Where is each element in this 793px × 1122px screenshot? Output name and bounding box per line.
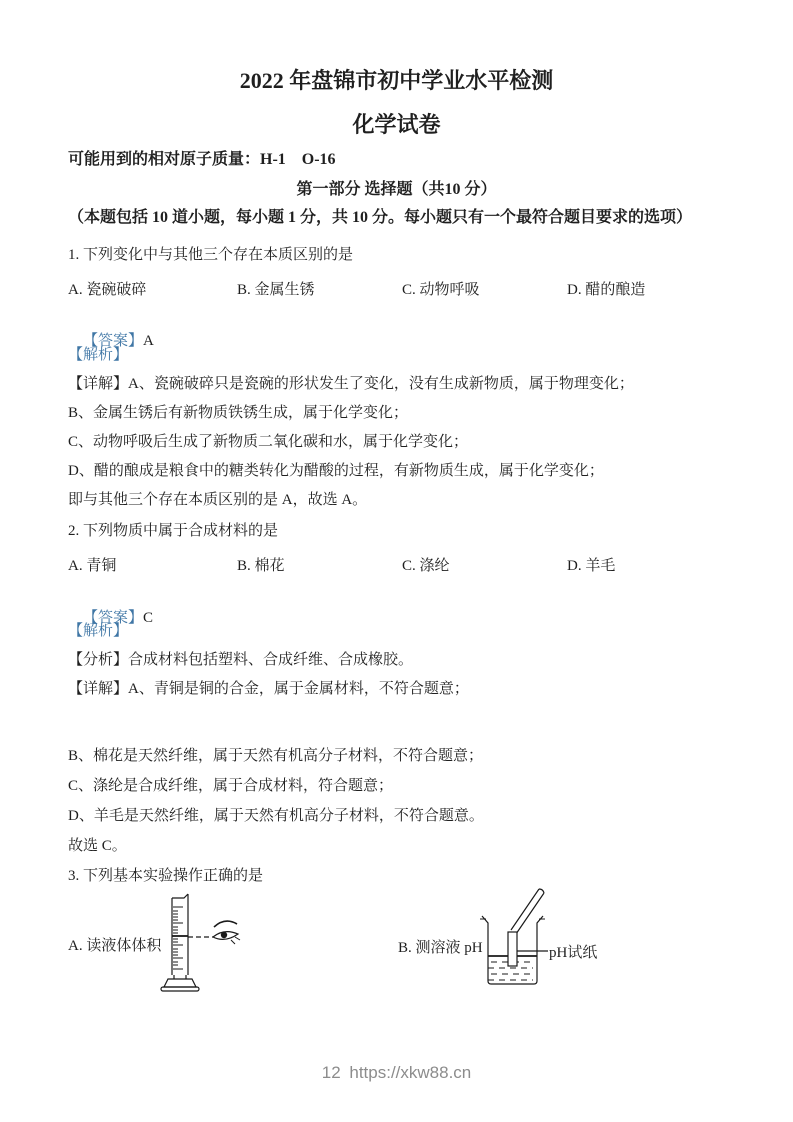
eye-icon bbox=[213, 921, 240, 944]
q2-detail-line: D、羊毛是天然纤维，属于天然有机高分子材料，不符合题意。 bbox=[68, 806, 484, 826]
graduated-cylinder-figure bbox=[155, 891, 255, 997]
question-2-stem: 2. 下列物质中属于合成材料的是 bbox=[68, 521, 278, 541]
atomic-mass-note: 可能用到的相对原子质量：H-1 O-16 bbox=[68, 149, 336, 170]
q2-detail-line: C、涤纶是合成纤维，属于合成材料，符合题意； bbox=[68, 776, 393, 796]
q2-option-c: C. 涤纶 bbox=[402, 554, 450, 575]
q2-detail-line: B、棉花是天然纤维，属于天然有机高分子材料，不符合题意； bbox=[68, 746, 483, 766]
q1-option-b: B. 金属生锈 bbox=[237, 278, 315, 299]
q1-detail-line: 即与其他三个存在本质区别的是 A，故选 A。 bbox=[68, 490, 367, 510]
q1-option-a: A. 瓷碗破碎 bbox=[68, 278, 146, 299]
question-1-stem: 1. 下列变化中与其他三个存在本质区别的是 bbox=[68, 245, 353, 265]
q2-answer-value: C bbox=[143, 610, 153, 626]
exam-document-page: 2022 年盘锦市初中学业水平检测 化学试卷 可能用到的相对原子质量：H-1 O… bbox=[0, 0, 793, 1122]
q3-option-b-label: B. 测溶液 pH bbox=[398, 938, 483, 958]
question-3-stem: 3. 下列基本实验操作正确的是 bbox=[68, 866, 263, 886]
document-subtitle: 化学试卷 bbox=[0, 112, 793, 138]
q2-analysis-text: 【分析】合成材料包括塑料、合成纤维、合成橡胶。 bbox=[68, 650, 413, 670]
question-2-options: A. 青铜 B. 棉花 C. 涤纶 D. 羊毛 bbox=[0, 554, 793, 576]
graduated-cylinder-drawing bbox=[155, 891, 255, 997]
q2-option-d: D. 羊毛 bbox=[567, 554, 615, 575]
q2-detail-line: 故选 C。 bbox=[68, 836, 127, 856]
q1-option-d: D. 醋的酿造 bbox=[567, 278, 645, 299]
q3-option-a-label: A. 读液体体积 bbox=[68, 936, 161, 956]
beaker-figure bbox=[478, 888, 618, 994]
q2-option-b: B. 棉花 bbox=[237, 554, 285, 575]
question-1-options: A. 瓷碗破碎 B. 金属生锈 C. 动物呼吸 D. 醋的酿造 bbox=[0, 278, 793, 300]
q2-analysis-label: 【解析】 bbox=[68, 621, 128, 641]
ph-paper-strip bbox=[508, 932, 517, 966]
ph-paper-annotation: pH试纸 bbox=[549, 943, 597, 963]
q1-answer-value: A bbox=[143, 333, 154, 349]
q1-detail-line: D、醋的酿成是粮食中的糖类转化为醋酸的过程，有新物质生成，属于化学变化； bbox=[68, 461, 604, 481]
q1-detail-line: 【详解】A、瓷碗破碎只是瓷碗的形状发生了变化，没有生成新物质，属于物理变化； bbox=[68, 374, 634, 394]
glass-rod bbox=[511, 889, 544, 934]
q1-detail-line: B、金属生锈后有新物质铁锈生成，属于化学变化； bbox=[68, 403, 408, 423]
footer-page-watermark: 12 https://xkw88.cn bbox=[0, 1063, 793, 1083]
section-title: 第一部分 选择题（共10 分） bbox=[0, 179, 793, 200]
document-title: 2022 年盘锦市初中学业水平检测 bbox=[0, 68, 793, 94]
q2-option-a: A. 青铜 bbox=[68, 554, 116, 575]
q1-detail-line: C、动物呼吸后生成了新物质二氧化碳和水，属于化学变化； bbox=[68, 432, 468, 452]
section-instructions: （本题包括 10 道小题，每小题 1 分，共 10 分。每小题只有一个最符合题目… bbox=[68, 207, 692, 228]
q1-option-c: C. 动物呼吸 bbox=[402, 278, 480, 299]
q1-analysis-label: 【解析】 bbox=[68, 345, 128, 365]
q2-detail-line: 【详解】A、青铜是铜的合金，属于金属材料，不符合题意； bbox=[68, 679, 469, 699]
beaker-drawing bbox=[478, 888, 618, 994]
